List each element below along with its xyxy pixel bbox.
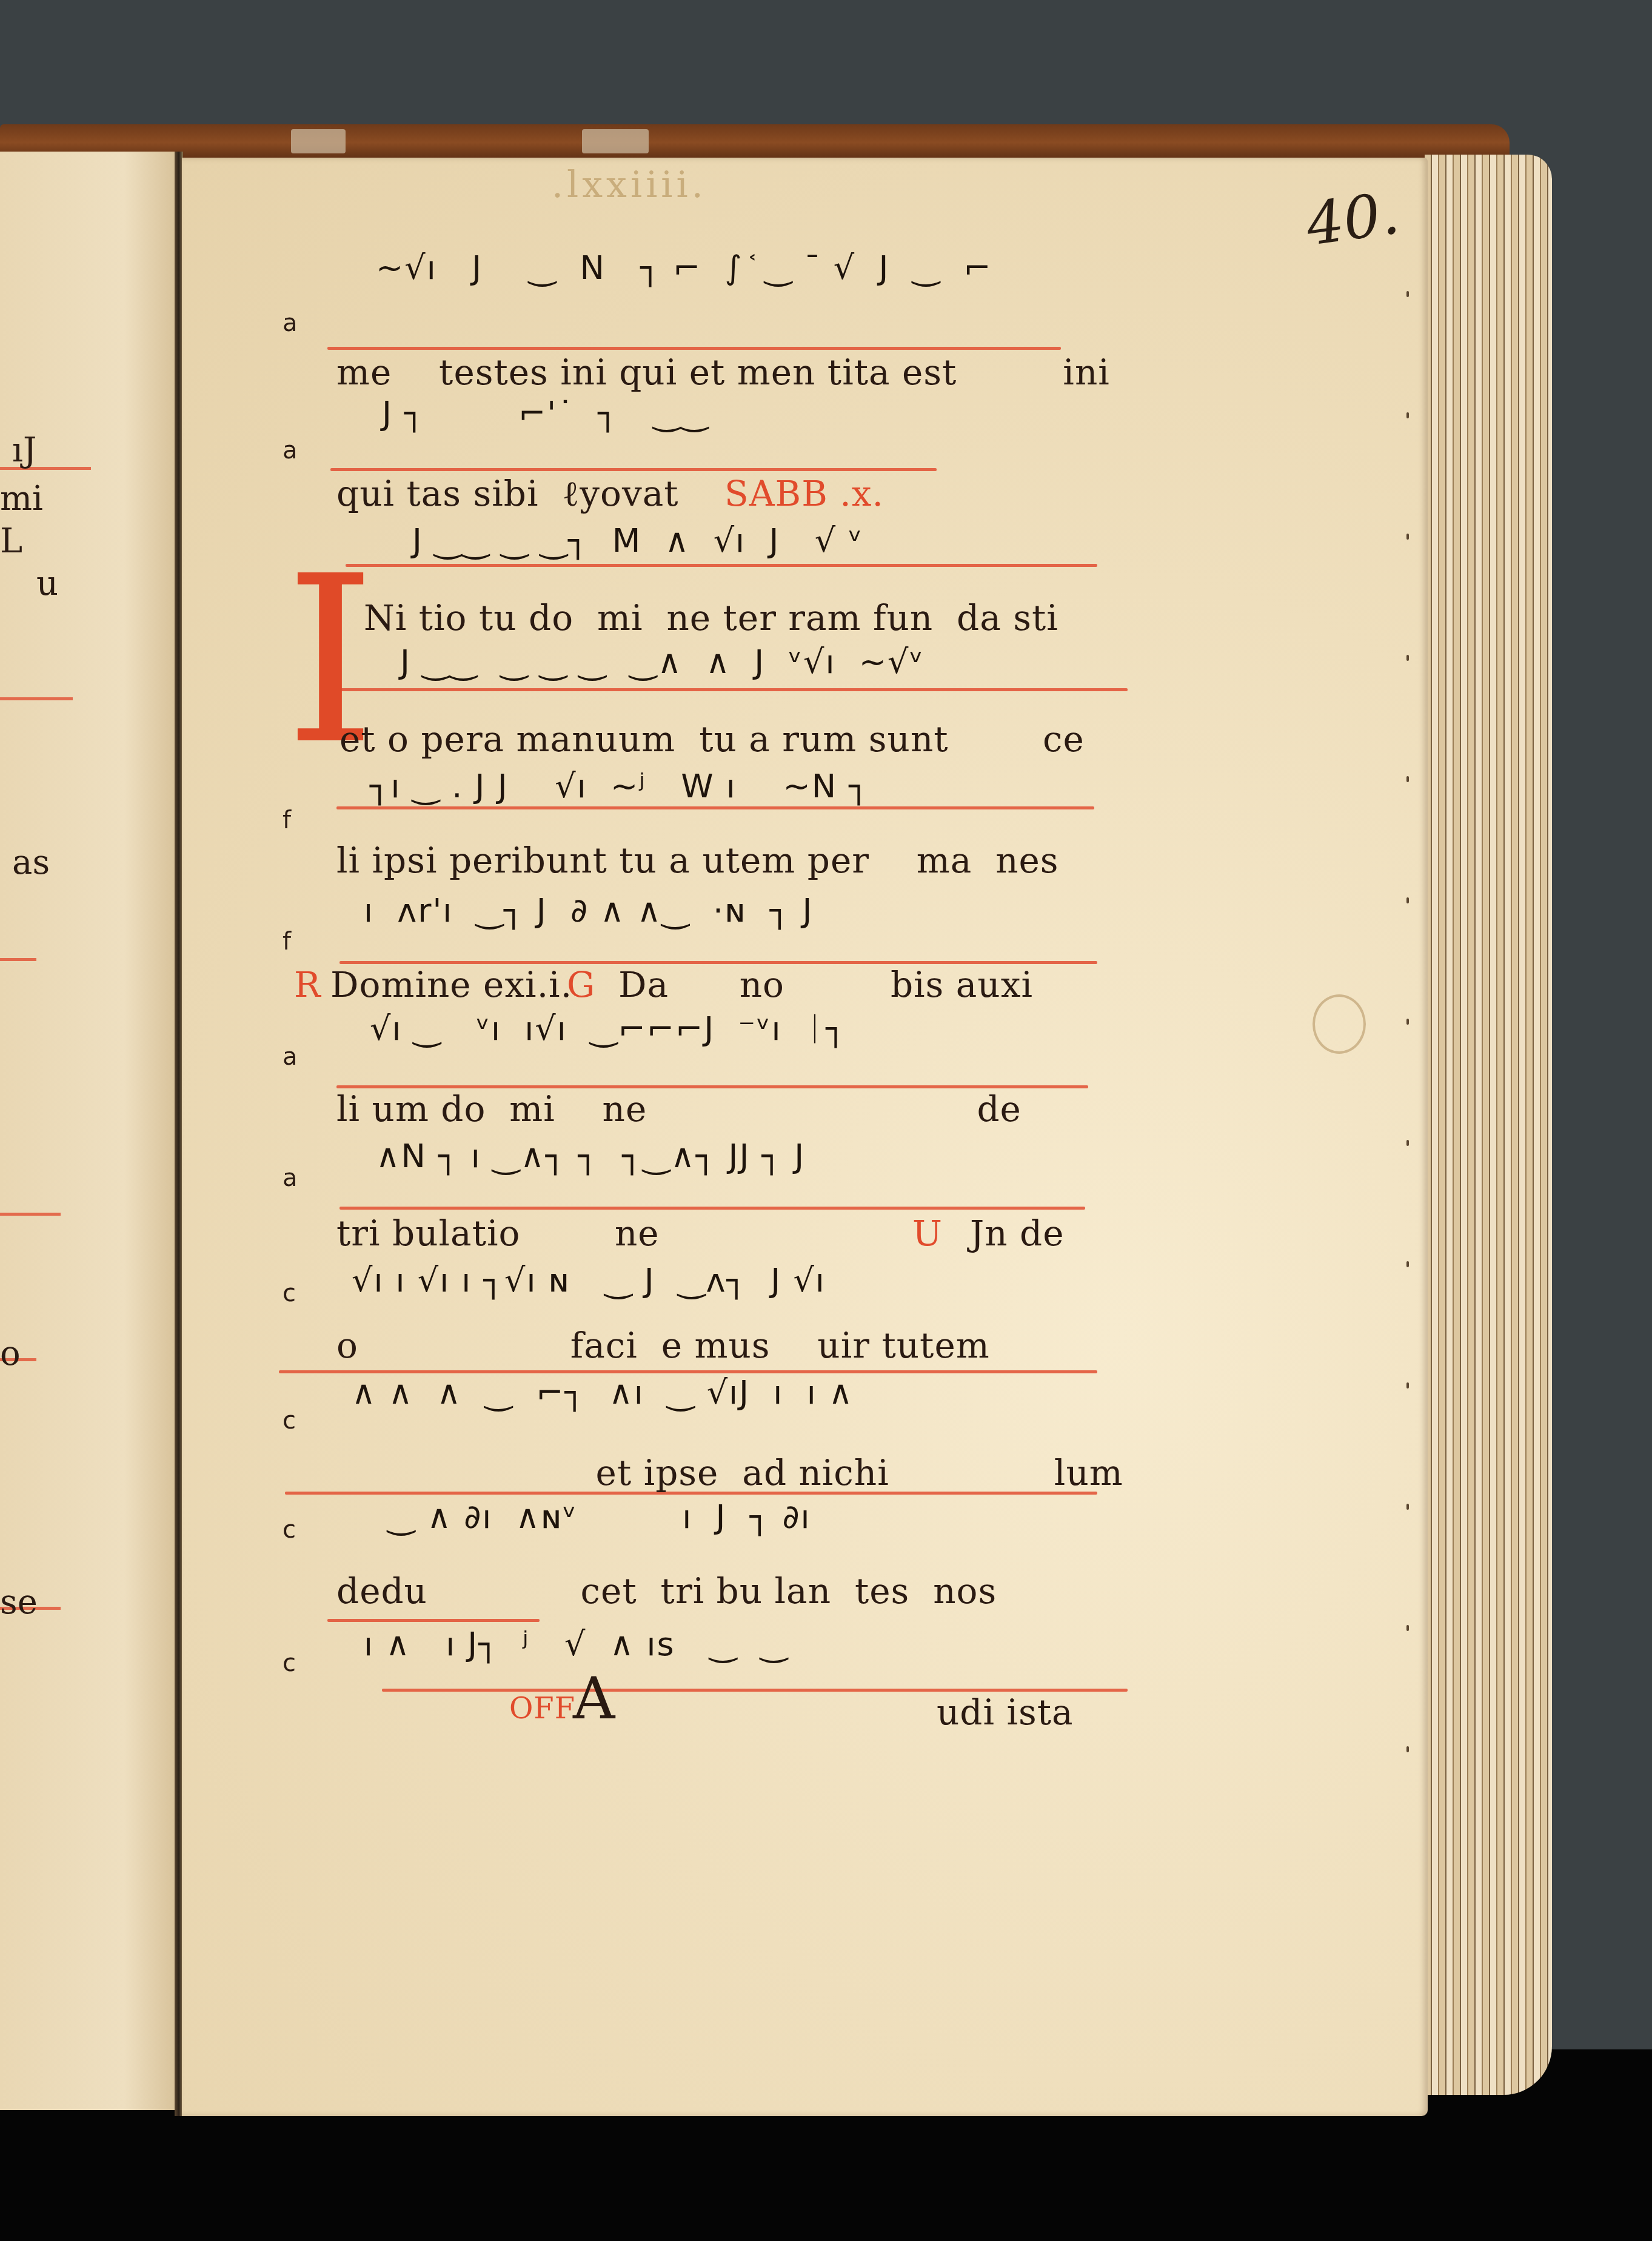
- lyric-line: li ipsi peribunt tu a utem per ma nes: [336, 840, 1059, 881]
- lyric-line: li um do mi ne de: [336, 1088, 1022, 1130]
- lyric-line: et ipse ad nichi lum: [336, 1452, 1123, 1493]
- neume-row: ~√ı J ‿ N ┐ ⌐ ∫ ᷾ ‿ ˉ √ J ‿ ⌐: [376, 249, 992, 287]
- rubric-mode-letter: G: [567, 964, 595, 1005]
- pricking-hole: [1406, 534, 1409, 540]
- neume-row: ı ʌr'ı ‿┐ J ∂ ∧ ∧‿ ·ɴ ┐ J: [364, 891, 813, 930]
- clef-letter: c: [283, 1279, 296, 1307]
- pricking-hole: [1406, 1019, 1409, 1025]
- neume-row: ┐ı ‿ . J J √ı ~ʲ W ı ~N ┐: [370, 767, 870, 805]
- binding-wear: [291, 129, 346, 153]
- left-staff-rule: [0, 697, 73, 700]
- pricking-hole: [1406, 1746, 1409, 1752]
- staff-rule: [330, 468, 937, 471]
- staff-rule: [346, 564, 1097, 567]
- left-page-fragment: L: [0, 521, 22, 561]
- page-edges: [1425, 155, 1552, 2095]
- left-page-fragment: se: [0, 1583, 38, 1622]
- stain: [1313, 994, 1366, 1054]
- clef-letter: a: [283, 437, 298, 464]
- lyric-line: Domine exi.i.: [330, 964, 572, 1005]
- rubric-psalm-marker: R: [294, 964, 321, 1005]
- clef-letter: a: [283, 309, 298, 337]
- pricking-hole: [1406, 1261, 1409, 1267]
- lyric-line: dedu cet tri bu lan tes nos: [336, 1570, 997, 1612]
- staff-rule: [327, 1619, 540, 1622]
- left-page-fragment: u: [36, 564, 58, 603]
- running-header: .lxxiiii.: [552, 164, 707, 206]
- left-staff-rule: [0, 1213, 61, 1216]
- left-page: ıJ mi L u as o se: [0, 152, 177, 2110]
- staff-rule: [327, 347, 1061, 350]
- pricking-hole: [1406, 291, 1409, 297]
- left-page-fragment: ıJ: [12, 430, 36, 470]
- pricking-hole: [1406, 1625, 1409, 1631]
- neume-row: ı ∧ ı J┐ ʲ √ ∧ ıs ‿ ‿: [364, 1625, 788, 1663]
- clef-letter: c: [283, 1516, 296, 1544]
- clef-letter: a: [283, 1164, 298, 1192]
- pricking-hole: [1406, 1140, 1409, 1146]
- binding-wear: [582, 129, 649, 153]
- neume-row: √ı ‿ ᵛı ı√ı ‿⌐⌐⌐J ⁻ᵛı ᛁ┐: [370, 1010, 847, 1048]
- neume-row: √ı ı √ı ı ┐√ı ɴ ‿ J ‿ʌ┐ J √ı: [352, 1261, 826, 1299]
- lyric-line: et o pera manuum tu a rum sunt ce: [339, 719, 1085, 760]
- pricking-hole: [1406, 1504, 1409, 1510]
- left-staff-rule: [0, 958, 36, 961]
- staff-rule: [339, 688, 1128, 691]
- left-page-fragment: o: [0, 1334, 21, 1373]
- lyric-line: tri bulatio ne: [336, 1213, 660, 1254]
- lyric-line: me testes ini qui et men tita est ini: [336, 352, 1110, 393]
- neume-row: ∧N ┐ ı ‿∧┐ ┐ ┐‿∧┐ JJ ┐ J: [376, 1137, 805, 1175]
- rubric-verse-mark: U: [912, 1213, 943, 1254]
- neume-row: ∧ ∧ ∧ ‿ ⌐┐ ∧ı ‿ √ıJ ı ı ∧: [352, 1373, 854, 1412]
- staff-rule: [336, 806, 1094, 809]
- lyric-line: qui tas sibi ℓyovat: [336, 473, 679, 514]
- clef-letter: c: [283, 1407, 296, 1435]
- clef-letter: c: [283, 1649, 296, 1677]
- neume-row: ‿ ∧ ∂ı ∧ɴᵛ ı J ┐ ∂ı: [388, 1498, 811, 1536]
- neume-row: J ┐ ⌐'˙ ┐ ‿‿: [382, 394, 709, 432]
- lyric-line: Jn de: [970, 1213, 1065, 1254]
- clef-letter: f: [283, 928, 291, 956]
- pricking-hole: [1406, 776, 1409, 782]
- pricking-hole: [1406, 1382, 1409, 1388]
- lyric-initial-a: A: [573, 1664, 615, 1732]
- lyric-line: o faci e mus uir tutem: [336, 1325, 990, 1366]
- pricking-hole: [1406, 655, 1409, 661]
- pricking-hole: [1406, 412, 1409, 418]
- lyric-line: Ni tio tu do mi ne ter ram fun da sti: [364, 597, 1058, 638]
- clef-letter: a: [283, 1043, 298, 1071]
- neume-row: J ‿‿ ‿ ‿┐ M ∧ √ı J √ ᵛ: [412, 521, 863, 560]
- rubric-offertory: OFF: [509, 1692, 575, 1726]
- left-page-fragment: as: [12, 843, 50, 882]
- staff-rule: [339, 1207, 1085, 1210]
- lyric-line: udi ista: [937, 1692, 1074, 1733]
- rubric-sabbato: SABB .x.: [724, 473, 884, 514]
- pricking-hole: [1406, 897, 1409, 903]
- clef-letter: f: [283, 806, 291, 834]
- book-binding-top: [0, 124, 1510, 161]
- lyric-line: Da no bis auxi: [618, 964, 1033, 1005]
- left-page-fragment: mi: [0, 479, 43, 518]
- folio-number: 40.: [1302, 179, 1403, 259]
- neume-row: J ‿‿ ‿ ‿ ‿ ‿∧ ∧ J ᵛ√ı ~√ᵛ: [400, 643, 925, 681]
